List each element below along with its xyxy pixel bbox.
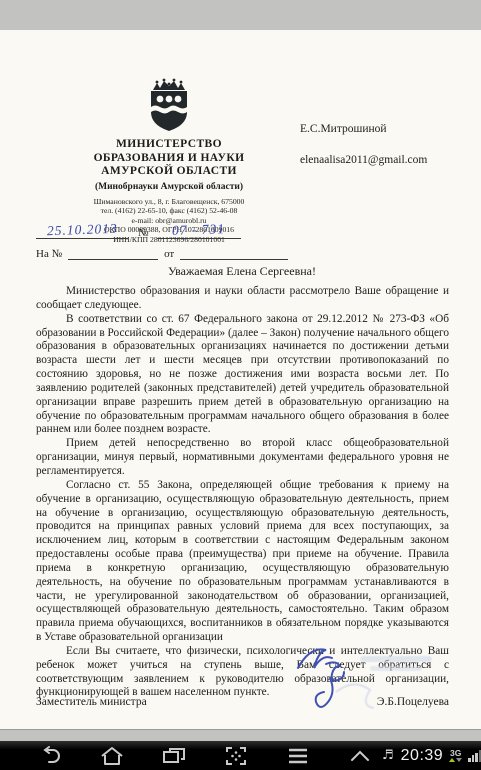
home-button[interactable] bbox=[90, 741, 134, 770]
menu-icon bbox=[287, 746, 309, 766]
ministry-name-line: АМУРСКОЙ ОБЛАСТИ bbox=[28, 165, 310, 179]
signer-name: Э.Б.Поцелуева bbox=[377, 696, 449, 708]
number-sign: № bbox=[138, 227, 149, 239]
chevron-up-icon bbox=[349, 746, 371, 766]
status-tray[interactable]: ♬ 20:39 3G ⚡ bbox=[382, 747, 481, 765]
paragraph: Министерство образования и науки области… bbox=[36, 285, 449, 313]
signer-position: Заместитель министра bbox=[36, 696, 147, 708]
android-navigation-bar: ♬ 20:39 3G ⚡ bbox=[0, 741, 481, 770]
letterhead-address-line: Шимановского ул., 8, г. Благовещенск, 67… bbox=[28, 197, 310, 207]
scanned-letter-page[interactable]: МИНИСТЕРСТВО ОБРАЗОВАНИЯ И НАУКИ АМУРСКО… bbox=[0, 30, 481, 730]
reply-number-blank bbox=[68, 259, 158, 260]
network-indicator: 3G bbox=[449, 749, 462, 763]
recipient-block: Е.С.Митрошиной elenaalisa2011@gmail.com bbox=[300, 122, 470, 167]
reply-prefix-label: На № bbox=[36, 248, 62, 260]
letter-body: Министерство образования и науки области… bbox=[36, 285, 449, 700]
viewer-bottom-margin bbox=[0, 730, 481, 741]
paragraph: Прием детей непосредственно во второй кл… bbox=[36, 437, 449, 479]
reply-date-blank bbox=[180, 259, 288, 260]
upload-arrow-icon bbox=[449, 758, 455, 762]
ministry-name-line: ОБРАЗОВАНИЯ И НАУКИ bbox=[28, 152, 310, 166]
ministry-short-name: (Минобрнауки Амурской области) bbox=[28, 182, 310, 192]
ministry-name-line: МИНИСТЕРСТВО bbox=[28, 138, 310, 152]
screen-capture-icon bbox=[225, 746, 247, 766]
tablet-screen: МИНИСТЕРСТВО ОБРАЗОВАНИЯ И НАУКИ АМУРСКО… bbox=[0, 0, 481, 770]
viewer-top-margin bbox=[0, 0, 481, 30]
menu-button[interactable] bbox=[276, 741, 320, 770]
back-button[interactable] bbox=[28, 741, 72, 770]
music-playing-icon: ♬ bbox=[382, 749, 394, 762]
letterhead: МИНИСТЕРСТВО ОБРАЗОВАНИЯ И НАУКИ АМУРСКО… bbox=[28, 78, 310, 244]
recipient-name: Е.С.Митрошиной bbox=[300, 122, 470, 136]
signal-strength-icon bbox=[468, 750, 481, 762]
date-underline: 25.10.2013 bbox=[36, 222, 128, 239]
screen-capture-button[interactable] bbox=[214, 741, 258, 770]
handwritten-date: 25.10.2013 bbox=[46, 221, 117, 239]
recent-apps-button[interactable] bbox=[152, 741, 196, 770]
letterhead-phone-line: тел. (4162) 22-65-10, факс (4162) 52-46-… bbox=[28, 206, 310, 216]
home-icon bbox=[100, 746, 124, 766]
salutation: Уважаемая Елена Сергеевна! bbox=[36, 264, 448, 279]
back-icon bbox=[39, 746, 61, 766]
outgoing-reference-row: 25.10.2013№07 - 731 bbox=[36, 222, 276, 244]
download-arrow-icon bbox=[456, 758, 462, 762]
number-underline: 07 - 731 bbox=[157, 222, 241, 239]
reply-from-label: от bbox=[164, 248, 174, 260]
clock: 20:39 bbox=[401, 747, 444, 765]
amur-coat-of-arms-icon bbox=[145, 78, 193, 132]
paragraph: В соответствии со ст. 67 Федерального за… bbox=[36, 313, 449, 438]
signature-row: Заместитель министра Э.Б.Поцелуева bbox=[36, 696, 449, 708]
incoming-reference-row: На №от bbox=[36, 248, 288, 260]
handwritten-number: 07 - 731 bbox=[172, 221, 226, 239]
expand-panel-button[interactable] bbox=[338, 741, 382, 770]
paragraph: Согласно ст. 55 Закона, определяющей общ… bbox=[36, 479, 449, 645]
network-type-badge: 3G bbox=[450, 749, 461, 758]
recent-apps-icon bbox=[162, 746, 186, 766]
recipient-email: elenaalisa2011@gmail.com bbox=[300, 153, 470, 167]
